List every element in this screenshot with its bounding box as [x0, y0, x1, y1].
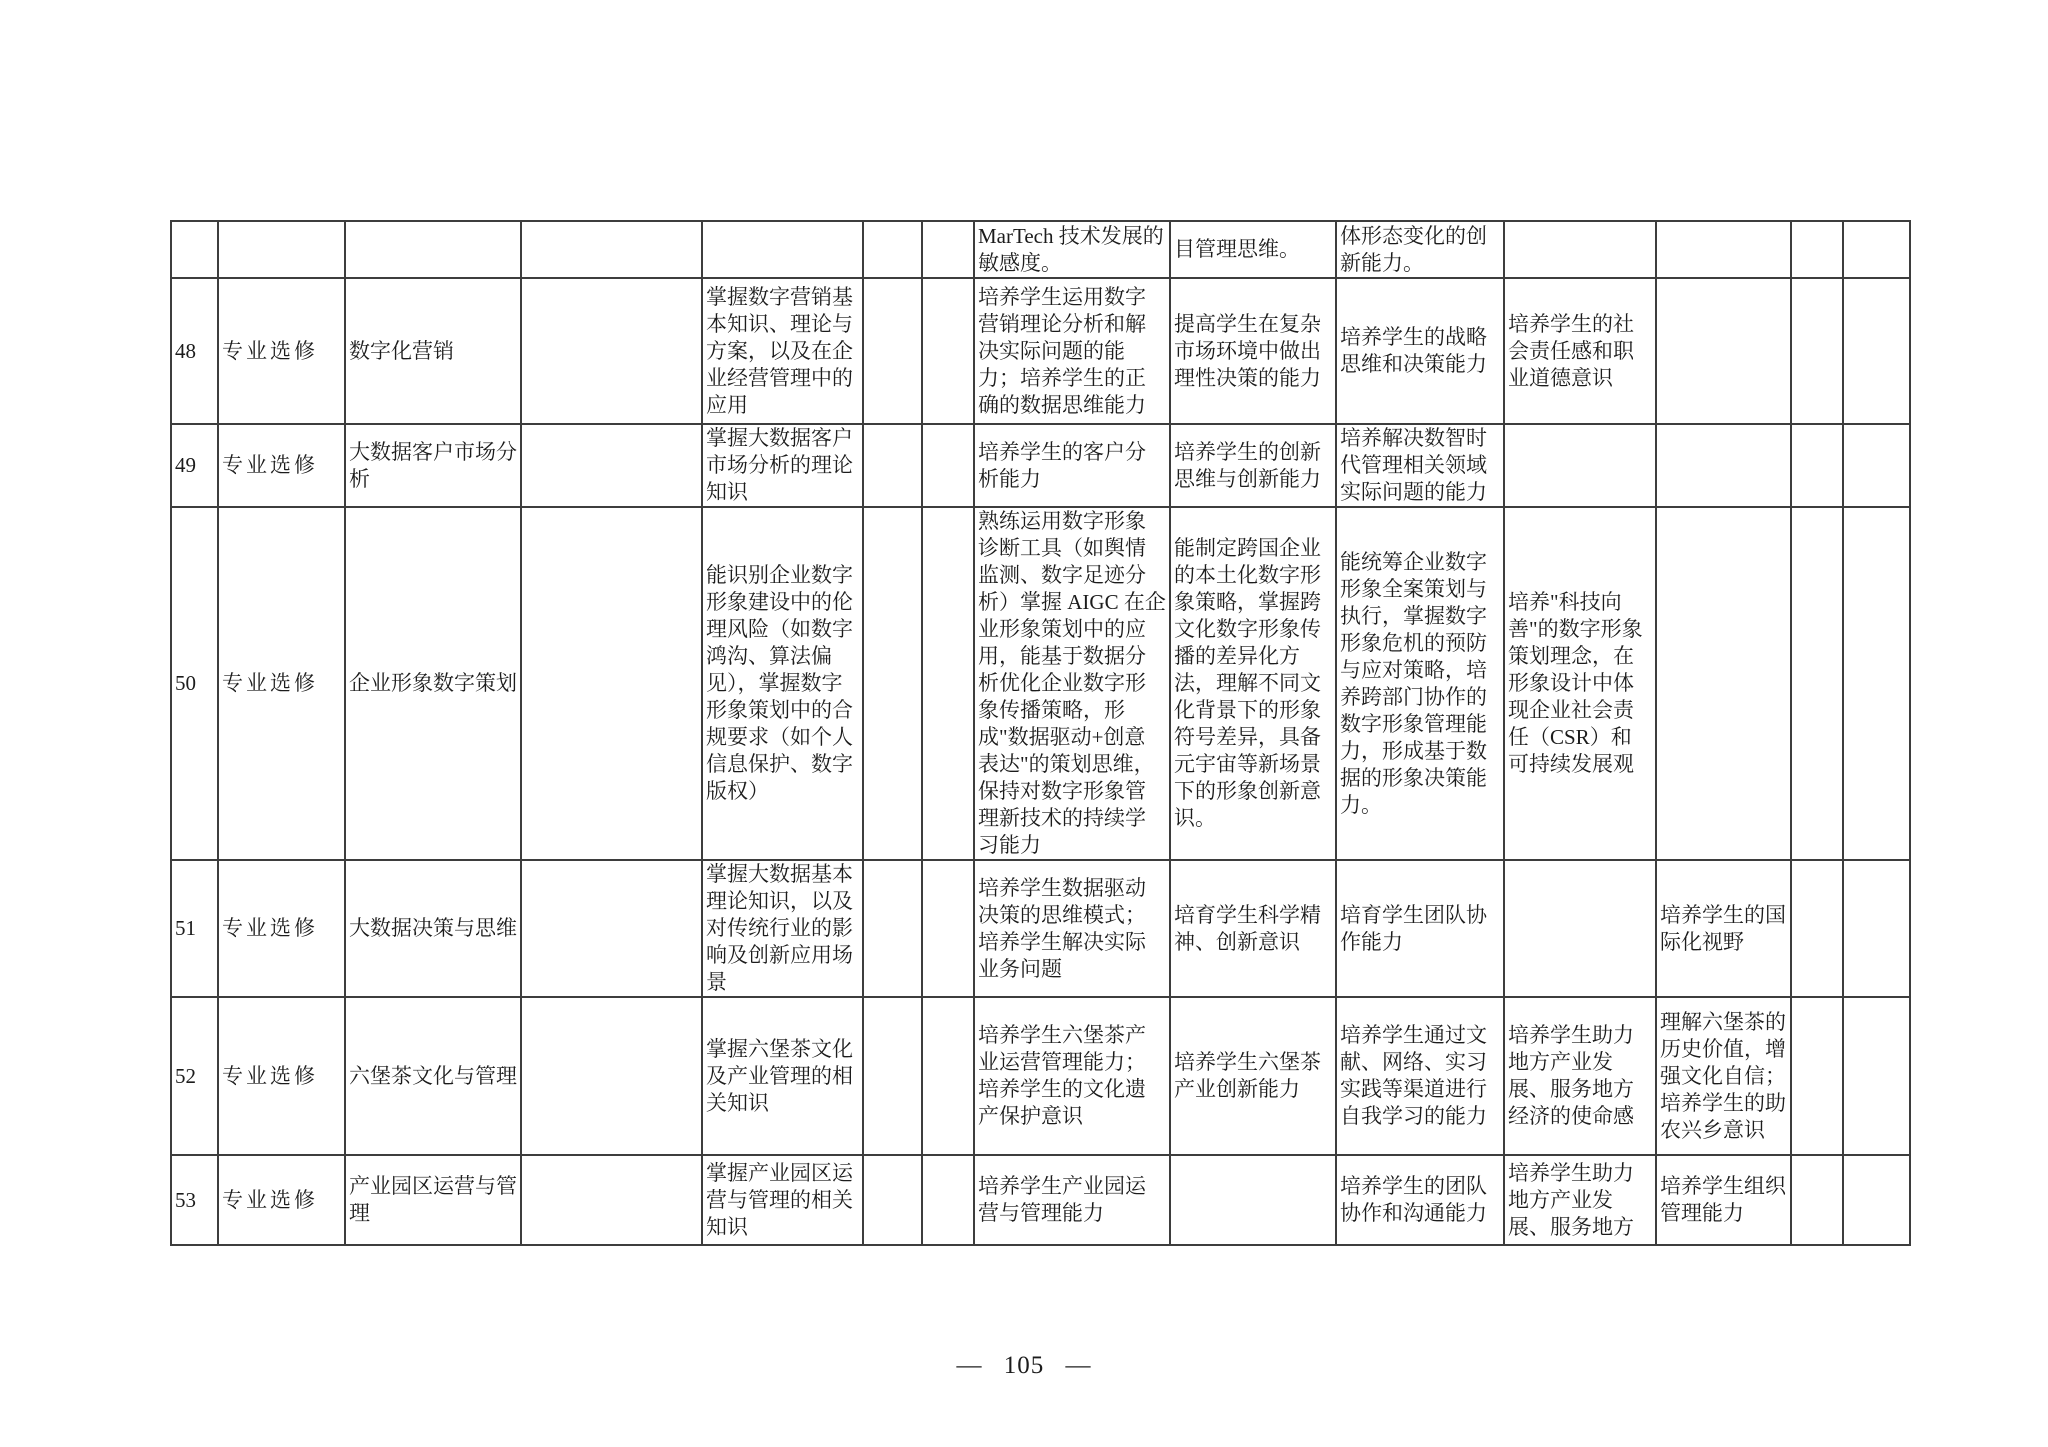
- row-52-ability-2: 培养学生六堡茶产业创新能力: [1170, 997, 1336, 1155]
- row-51-quality-1: [1504, 860, 1656, 997]
- row-53-ability-3: 培养学生的团队协作和沟通能力: [1336, 1155, 1504, 1245]
- row-52-ability-3: 培养学生通过文献、网络、实习实践等渠道进行自我学习的能力: [1336, 997, 1504, 1155]
- row-51-category: 专业选修: [218, 860, 345, 997]
- row-51-quality-2: 培养学生的国际化视野: [1656, 860, 1791, 997]
- row-48-knowledge: 掌握数字营销基本知识、理论与方案，以及在企业经营管理中的应用: [702, 278, 863, 424]
- empty-cell: [1843, 860, 1910, 997]
- row-53-ability-1: 培养学生产业园运营与管理能力: [974, 1155, 1170, 1245]
- row-51-ability-1: 培养学生数据驱动决策的思维模式；培养学生解决实际业务问题: [974, 860, 1170, 997]
- cont-number-cell: [171, 221, 218, 278]
- table-row-52: 52 专业选修 六堡茶文化与管理 掌握六堡茶文化及产业管理的相关知识 培养学生六…: [171, 997, 1910, 1155]
- row-48-quality-2: [1656, 278, 1791, 424]
- empty-cell: [863, 278, 922, 424]
- table-row-continuation: MarTech 技术发展的敏感度。 目管理思维。 体形态变化的创新能力。: [171, 221, 1910, 278]
- row-51-knowledge: 掌握大数据基本理论知识，以及对传统行业的影响及创新应用场景: [702, 860, 863, 997]
- row-51-number: 51: [171, 860, 218, 997]
- empty-cell: [1843, 507, 1910, 860]
- empty-cell: [1791, 424, 1843, 507]
- row-49-ability-3: 培养解决数智时代管理相关领域实际问题的能力: [1336, 424, 1504, 507]
- row-53-number: 53: [171, 1155, 218, 1245]
- row-53-ability-2: [1170, 1155, 1336, 1245]
- row-50-ability-2: 能制定跨国企业的本土化数字形象策略，掌握跨文化数字形象传播的差异化方法，理解不同…: [1170, 507, 1336, 860]
- empty-cell: [863, 424, 922, 507]
- row-48-quality-1: 培养学生的社会责任感和职业道德意识: [1504, 278, 1656, 424]
- empty-cell: [922, 424, 974, 507]
- row-48-category: 专业选修: [218, 278, 345, 424]
- row-52-quality-2: 理解六堡茶的历史价值，增强文化自信；培养学生的助农兴乡意识: [1656, 997, 1791, 1155]
- row-51-course-name: 大数据决策与思维: [345, 860, 521, 997]
- row-49-quality-2: [1656, 424, 1791, 507]
- empty-cell: [1791, 507, 1843, 860]
- table-row-53: 53 专业选修 产业园区运营与管理 掌握产业园区运营与管理的相关知识 培养学生产…: [171, 1155, 1910, 1245]
- row-50-ability-3: 能统筹企业数字形象全案策划与执行，掌握数字形象危机的预防与应对策略，培养跨部门协…: [1336, 507, 1504, 860]
- row-49-quality-1: [1504, 424, 1656, 507]
- row-48-ability-3: 培养学生的战略思维和决策能力: [1336, 278, 1504, 424]
- page-number: — 105 —: [0, 1352, 2048, 1380]
- row-50-quality-1: 培养"科技向善"的数字形象策划理念，在形象设计中体现企业社会责任（CSR）和可持…: [1504, 507, 1656, 860]
- empty-cell: [1791, 1155, 1843, 1245]
- empty-cell: [922, 1155, 974, 1245]
- row-52-category: 专业选修: [218, 997, 345, 1155]
- row-48-ability-1: 培养学生运用数字营销理论分析和解决实际问题的能力；培养学生的正确的数据思维能力: [974, 278, 1170, 424]
- empty-cell: [1843, 221, 1910, 278]
- row-53-knowledge: 掌握产业园区运营与管理的相关知识: [702, 1155, 863, 1245]
- row-49-ability-2: 培养学生的创新思维与创新能力: [1170, 424, 1336, 507]
- row-53-course-name: 产业园区运营与管理: [345, 1155, 521, 1245]
- row-49-knowledge: 掌握大数据客户市场分析的理论知识: [702, 424, 863, 507]
- empty-cell: [521, 507, 702, 860]
- empty-cell: [521, 860, 702, 997]
- empty-cell: [521, 1155, 702, 1245]
- row-51-ability-3: 培育学生团队协作能力: [1336, 860, 1504, 997]
- row-52-number: 52: [171, 997, 218, 1155]
- row-50-course-name: 企业形象数字策划: [345, 507, 521, 860]
- cont-quality-2-cell: [1656, 221, 1791, 278]
- row-51-ability-2: 培育学生科学精神、创新意识: [1170, 860, 1336, 997]
- row-48-ability-2: 提高学生在复杂市场环境中做出理性决策的能力: [1170, 278, 1336, 424]
- empty-cell: [863, 860, 922, 997]
- cont-ability-2-cell: 目管理思维。: [1170, 221, 1336, 278]
- empty-cell: [1791, 997, 1843, 1155]
- row-53-quality-2: 培养学生组织管理能力: [1656, 1155, 1791, 1245]
- table-row-48: 48 专业选修 数字化营销 掌握数字营销基本知识、理论与方案，以及在企业经营管理…: [171, 278, 1910, 424]
- row-52-quality-1: 培养学生助力地方产业发展、服务地方经济的使命感: [1504, 997, 1656, 1155]
- row-52-knowledge: 掌握六堡茶文化及产业管理的相关知识: [702, 997, 863, 1155]
- row-50-ability-1: 熟练运用数字形象诊断工具（如舆情监测、数字足迹分析）掌握 AIGC 在企业形象策…: [974, 507, 1170, 860]
- cont-ability-1-cell: MarTech 技术发展的敏感度。: [974, 221, 1170, 278]
- row-50-number: 50: [171, 507, 218, 860]
- empty-cell: [863, 507, 922, 860]
- cont-quality-1-cell: [1504, 221, 1656, 278]
- empty-cell: [1791, 278, 1843, 424]
- empty-cell: [521, 424, 702, 507]
- table-row-51: 51 专业选修 大数据决策与思维 掌握大数据基本理论知识，以及对传统行业的影响及…: [171, 860, 1910, 997]
- empty-cell: [521, 221, 702, 278]
- row-50-category: 专业选修: [218, 507, 345, 860]
- row-53-quality-1: 培养学生助力地方产业发展、服务地方: [1504, 1155, 1656, 1245]
- empty-cell: [922, 860, 974, 997]
- empty-cell: [863, 997, 922, 1155]
- row-52-ability-1: 培养学生六堡茶产业运营管理能力；培养学生的文化遗产保护意识: [974, 997, 1170, 1155]
- table-row-49: 49 专业选修 大数据客户市场分析 掌握大数据客户市场分析的理论知识 培养学生的…: [171, 424, 1910, 507]
- empty-cell: [863, 1155, 922, 1245]
- row-48-number: 48: [171, 278, 218, 424]
- table-row-50: 50 专业选修 企业形象数字策划 能识别企业数字形象建设中的伦理风险（如数字鸿沟…: [171, 507, 1910, 860]
- cont-ability-3-cell: 体形态变化的创新能力。: [1336, 221, 1504, 278]
- curriculum-table: MarTech 技术发展的敏感度。 目管理思维。 体形态变化的创新能力。 48 …: [170, 220, 1911, 1246]
- empty-cell: [521, 278, 702, 424]
- row-49-category: 专业选修: [218, 424, 345, 507]
- row-52-course-name: 六堡茶文化与管理: [345, 997, 521, 1155]
- row-50-quality-2: [1656, 507, 1791, 860]
- empty-cell: [521, 997, 702, 1155]
- empty-cell: [1843, 278, 1910, 424]
- cont-knowledge-cell: [702, 221, 863, 278]
- row-50-knowledge: 能识别企业数字形象建设中的伦理风险（如数字鸿沟、算法偏见），掌握数字形象策划中的…: [702, 507, 863, 860]
- cont-category-cell: [218, 221, 345, 278]
- row-53-category: 专业选修: [218, 1155, 345, 1245]
- row-49-ability-1: 培养学生的客户分析能力: [974, 424, 1170, 507]
- empty-cell: [1843, 424, 1910, 507]
- empty-cell: [1791, 221, 1843, 278]
- row-49-number: 49: [171, 424, 218, 507]
- empty-cell: [1843, 1155, 1910, 1245]
- empty-cell: [922, 278, 974, 424]
- row-48-course-name: 数字化营销: [345, 278, 521, 424]
- empty-cell: [922, 221, 974, 278]
- empty-cell: [1791, 860, 1843, 997]
- empty-cell: [922, 997, 974, 1155]
- document-page: MarTech 技术发展的敏感度。 目管理思维。 体形态变化的创新能力。 48 …: [0, 0, 2048, 1447]
- empty-cell: [922, 507, 974, 860]
- empty-cell: [863, 221, 922, 278]
- empty-cell: [1843, 997, 1910, 1155]
- row-49-course-name: 大数据客户市场分析: [345, 424, 521, 507]
- cont-course-cell: [345, 221, 521, 278]
